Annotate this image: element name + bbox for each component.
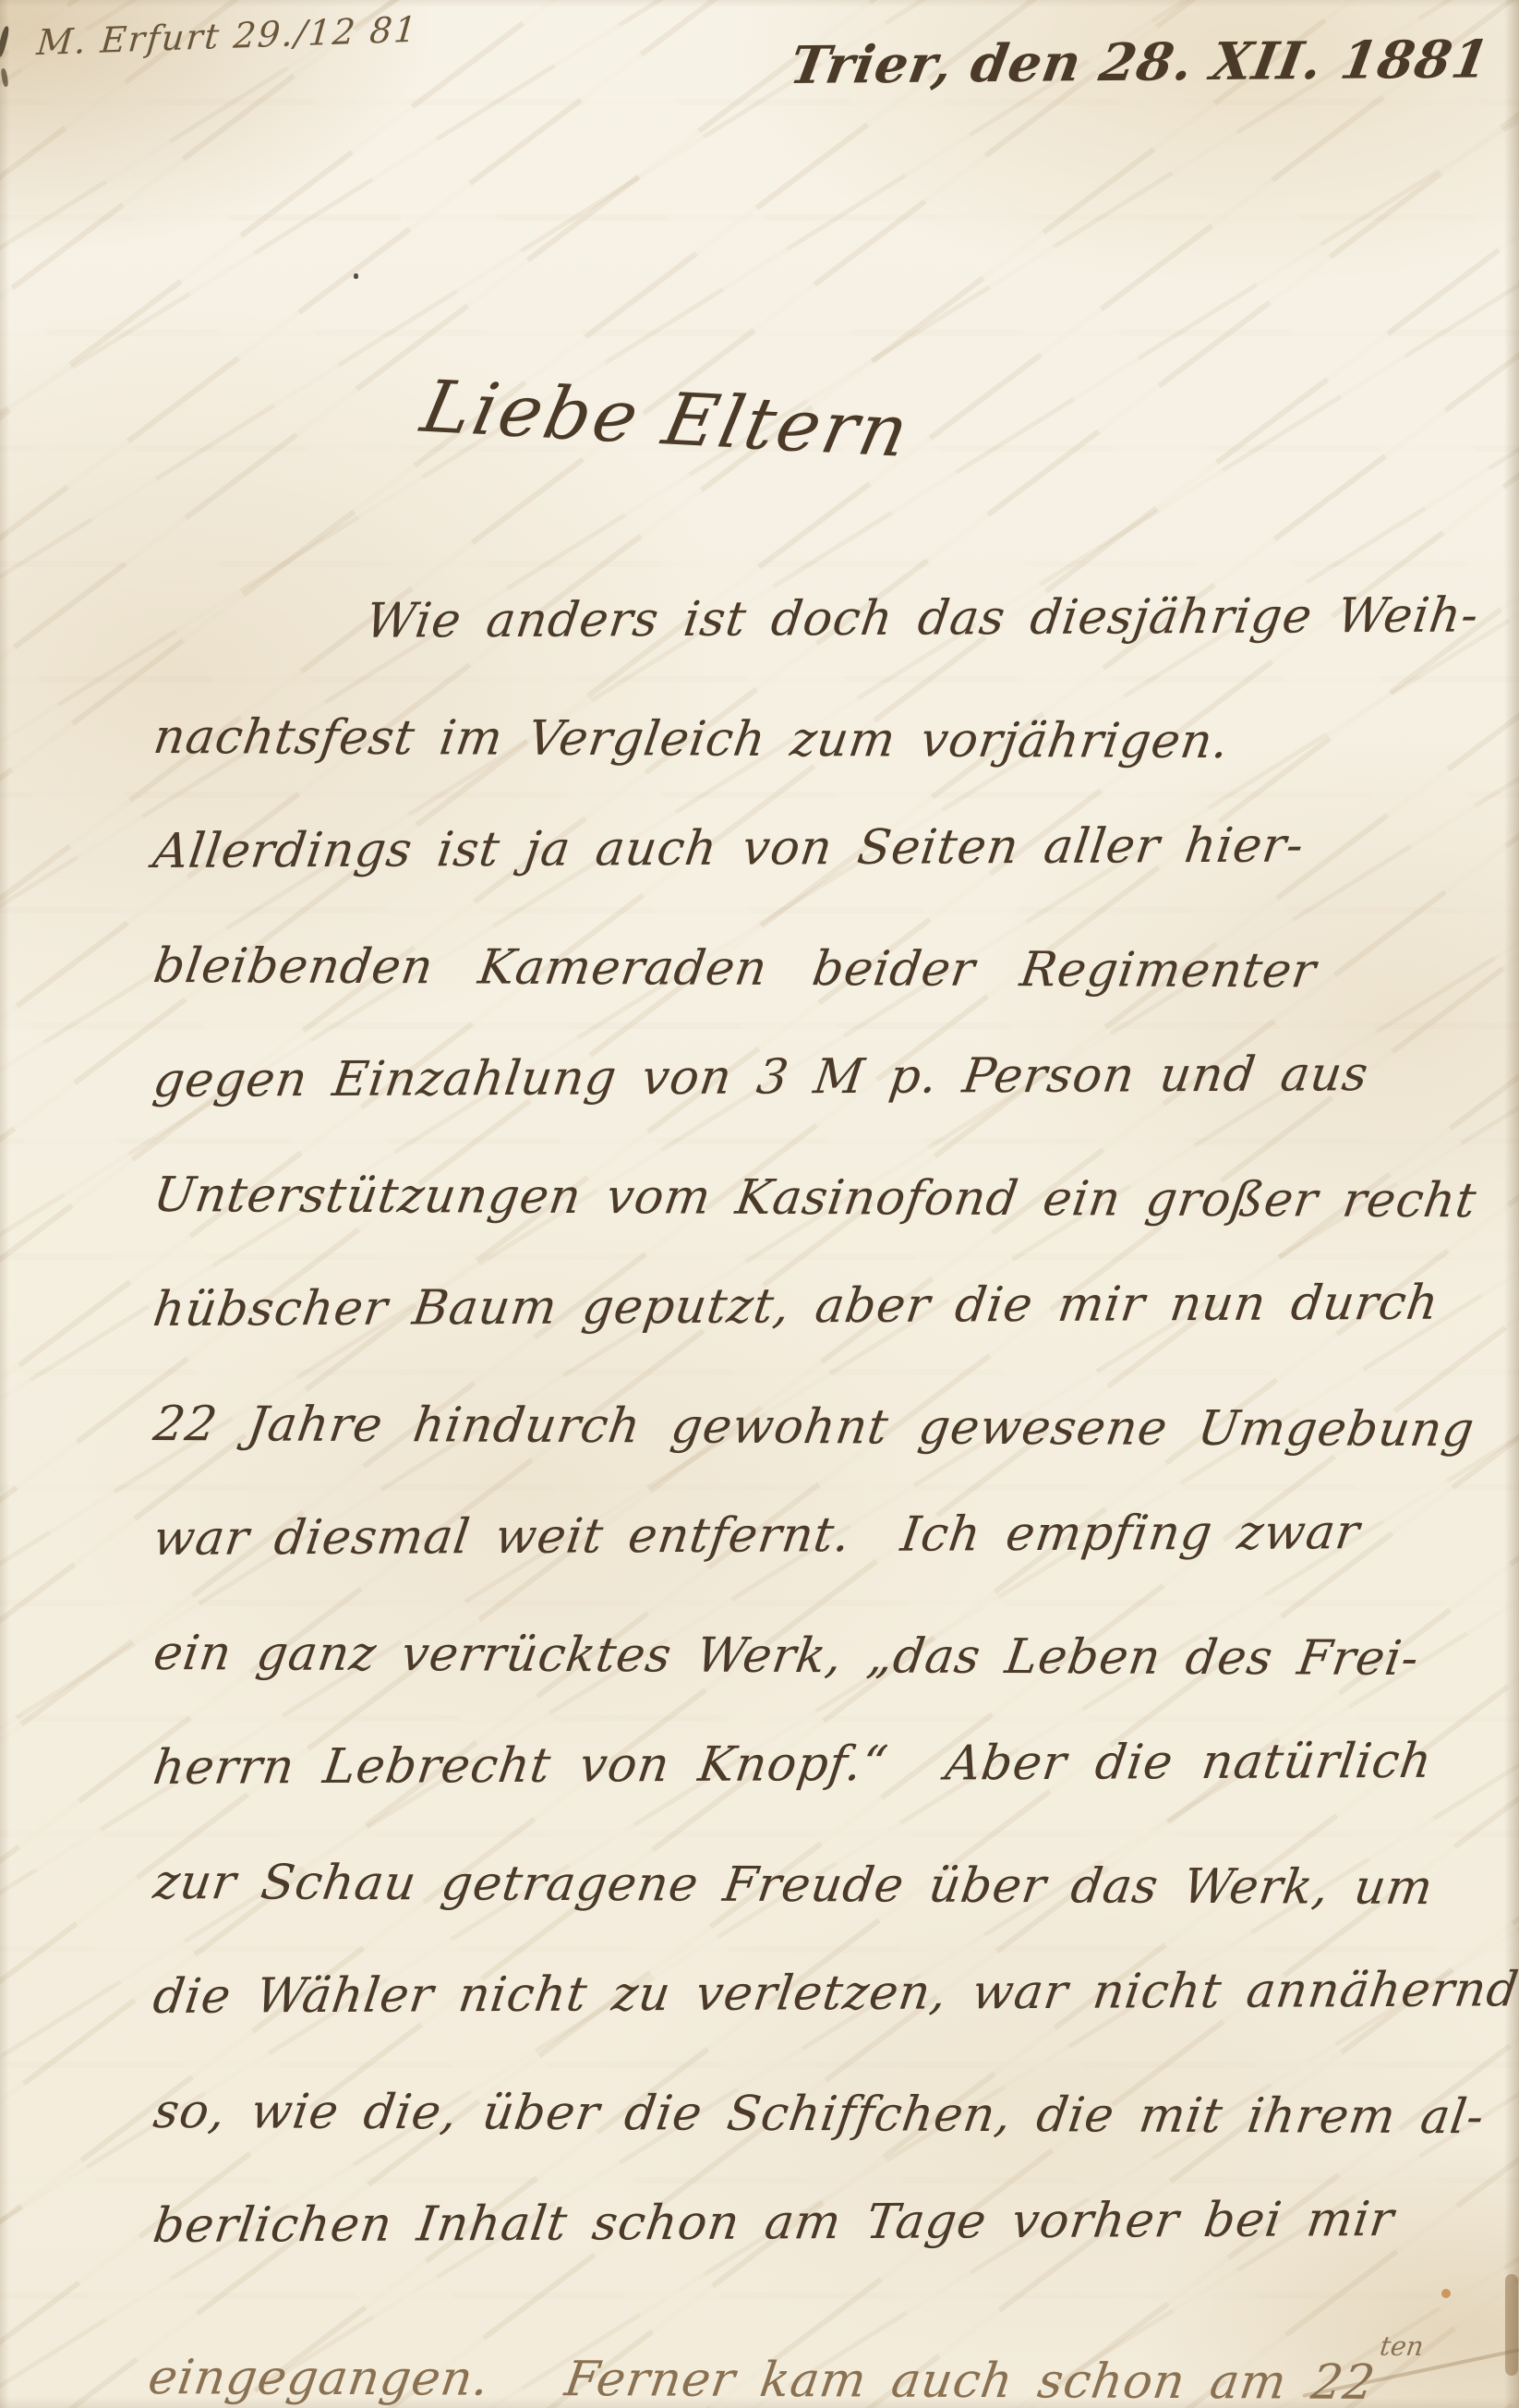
handwriting-line: zur Schau getragene Freude über das Werk… [146, 1825, 1501, 1945]
handwriting-line: eingegangen. Ferner kam auch schon am 22… [146, 2283, 1501, 2403]
edge-mark [0, 26, 10, 58]
handwriting-line: bleibenden Kameraden beider Regimenter [146, 909, 1501, 1029]
letter-body: Wie anders ist doch das diesjährige Weih… [146, 565, 1486, 2398]
handwriting-line: Wie anders ist doch das diesjährige Weih… [146, 558, 1502, 680]
handwriting-line: ein ganz verrücktes Werk, „das Leben des… [146, 1596, 1501, 1716]
handwriting-line: so, wie die, über die Schiffchen, die mi… [146, 2054, 1501, 2174]
ink-speck [354, 273, 358, 279]
handwriting-line: herrn Lebrecht von Knopf.“ Aber die natü… [146, 1703, 1502, 1825]
handwriting-line: war diesmal weit entfernt. Ich empfing z… [146, 1474, 1502, 1596]
handwriting-line: 22 Jahre hindurch gewohnt gewesene Umgeb… [146, 1367, 1501, 1487]
salutation: Liebe Eltern [415, 366, 918, 474]
handwriting-line: gegen Einzahlung von 3 M p. Person und a… [146, 1016, 1502, 1138]
received-annotation: M. Erfurt 29./12 81 [35, 9, 420, 64]
letter-page: M. Erfurt 29./12 81 Trier, den 28. XII. … [0, 0, 1519, 2408]
handwriting-line: Allerdings ist ja auch von Seiten aller … [146, 787, 1502, 909]
handwriting-line: die Wähler nicht zu verletzen, war nicht… [146, 1932, 1502, 2054]
edge-mark [0, 68, 8, 88]
handwriting-line: nachtsfest im Vergleich zum vorjährigen. [146, 680, 1501, 800]
handwriting-line: Unterstützungen vom Kasinofond ein große… [146, 1138, 1501, 1258]
ordinal-superscript: ten [1378, 2330, 1426, 2362]
dateline: Trier, den 28. XII. 1881 [786, 29, 1508, 96]
handwriting-line: berlichen Inhalt schon am Tage vorher be… [146, 2161, 1502, 2283]
handwriting-line: hübscher Baum geputzt, aber die mir nun … [146, 1245, 1502, 1367]
paper-edge-tear [1505, 2274, 1518, 2376]
handwriting-line-text: eingegangen. Ferner kam auch schon am 22 [145, 2350, 1379, 2408]
